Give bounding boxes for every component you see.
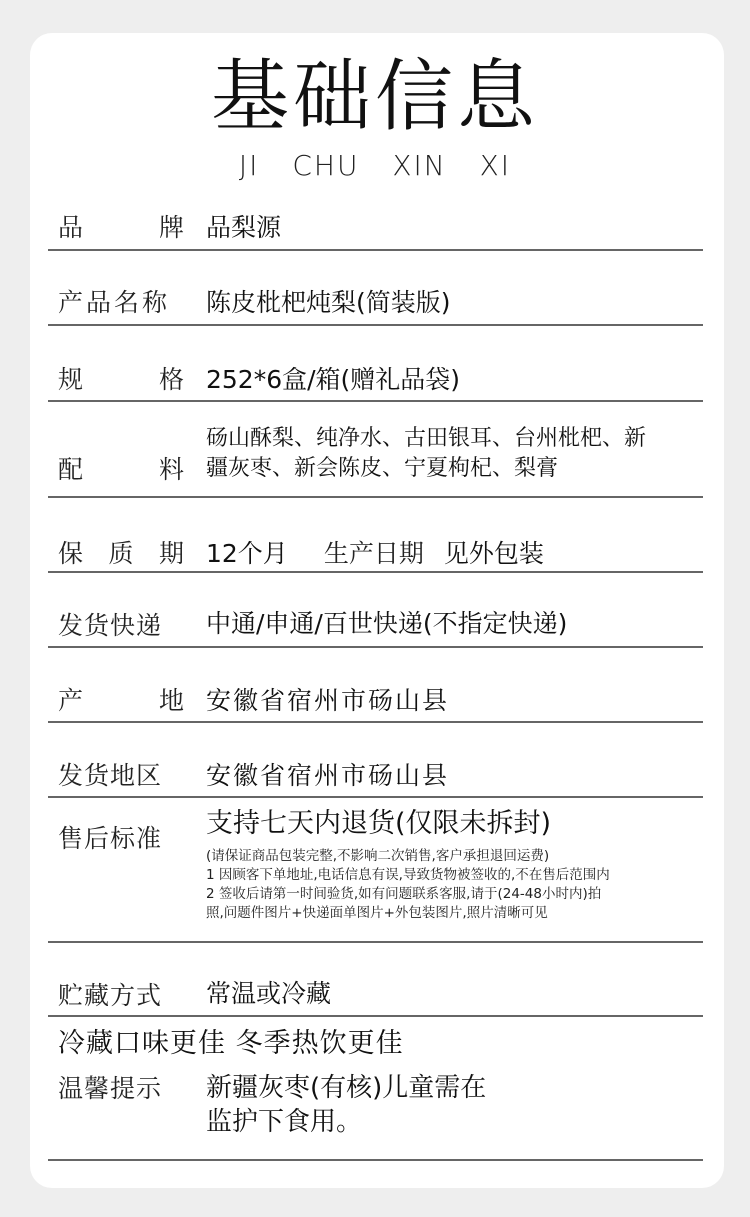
shipping-region-value: 安徽省宿州市砀山县 <box>206 760 449 792</box>
after-sales-note: 1 因顾客下单地址,电话信息有误,导致货物被签收的,不在售后范围内 <box>206 866 706 885</box>
page-title: 基础信息 <box>0 52 750 142</box>
divider <box>48 496 703 498</box>
divider <box>48 249 703 251</box>
origin-value: 安徽省宿州市砀山县 <box>206 685 449 717</box>
origin-label-left: 产 <box>58 685 83 717</box>
shipping-region-label: 发货地区 <box>58 760 184 792</box>
after-sales-note: 2 签收后请第一时间验货,如有问题联系客服,请于(24-48小时内)拍 <box>206 885 706 904</box>
after-sales-label-text: 售后标准 <box>58 823 162 855</box>
brand-label: 品 牌 <box>58 212 184 244</box>
spec-label: 规 格 <box>58 364 184 396</box>
page-subtitle: JI CHU XIN XI <box>0 148 750 184</box>
ingredients-line: 砀山酥梨、纯净水、古田银耳、台州枇杷、新 <box>206 424 706 454</box>
production-date-label: 生产日期 <box>324 539 424 568</box>
product-name-value: 陈皮枇杷炖梨(简装版) <box>206 287 451 319</box>
tip-value: 新疆灰枣(有核)儿童需在 监护下食用。 <box>206 1071 486 1139</box>
ingredients-label: 配 料 <box>58 454 184 486</box>
divider <box>48 1015 703 1017</box>
divider <box>48 941 703 943</box>
tip-line: 新疆灰枣(有核)儿童需在 <box>206 1071 486 1105</box>
after-sales-note: 照,问题件图片+快递面单图片+外包装图片,照片清晰可见 <box>206 904 706 923</box>
shelf-life-label-char: 期 <box>159 538 184 570</box>
shipping-region-label-text: 发货地区 <box>58 760 162 792</box>
ingredients-value: 砀山酥梨、纯净水、古田银耳、台州枇杷、新 疆灰枣、新会陈皮、宁夏枸杞、梨膏 <box>206 424 706 484</box>
storage-value: 常温或冷藏 <box>206 978 331 1010</box>
spec-value: 252*6盒/箱(赠礼品袋) <box>206 364 460 396</box>
tip-label: 温馨提示 <box>58 1073 184 1105</box>
storage-label-text: 贮藏方式 <box>58 980 162 1012</box>
production-date-value: 见外包装 <box>444 539 544 568</box>
divider <box>48 324 703 326</box>
serving-note: 冷藏口味更佳 冬季热饮更佳 <box>58 1027 404 1061</box>
spec-label-right: 格 <box>159 364 184 396</box>
shelf-life-label-char: 保 <box>58 538 83 570</box>
product-name-label-text: 产品名称 <box>58 287 170 319</box>
storage-label: 贮藏方式 <box>58 980 184 1012</box>
after-sales-note: (请保证商品包装完整,不影响二次销售,客户承担退回运费) <box>206 847 706 866</box>
origin-label: 产 地 <box>58 685 184 717</box>
shelf-life-duration: 12个月 <box>206 539 288 568</box>
shipping-courier-label: 发货快递 <box>58 610 184 642</box>
after-sales-label: 售后标准 <box>58 823 184 855</box>
after-sales-value: 支持七天内退货(仅限未拆封) <box>206 806 551 842</box>
ingredients-label-right: 料 <box>159 454 184 486</box>
divider <box>48 571 703 573</box>
brand-label-right: 牌 <box>159 212 184 244</box>
brand-value: 品梨源 <box>206 212 281 244</box>
shipping-courier-label-text: 发货快递 <box>58 610 162 642</box>
tip-label-text: 温馨提示 <box>58 1073 162 1105</box>
ingredients-line: 疆灰枣、新会陈皮、宁夏枸杞、梨膏 <box>206 454 706 484</box>
shelf-life-label-char: 质 <box>108 538 133 570</box>
origin-label-right: 地 <box>159 685 184 717</box>
divider <box>48 646 703 648</box>
spec-label-left: 规 <box>58 364 83 396</box>
product-name-label: 产品名称 <box>58 287 184 319</box>
tip-line: 监护下食用。 <box>206 1105 486 1139</box>
brand-label-left: 品 <box>58 212 83 244</box>
shelf-life-value: 12个月生产日期见外包装 <box>206 538 544 570</box>
shelf-life-label: 保 质 期 <box>58 538 184 570</box>
shipping-courier-value: 中通/申通/百世快递(不指定快递) <box>206 608 567 640</box>
divider <box>48 400 703 402</box>
after-sales-notes: (请保证商品包装完整,不影响二次销售,客户承担退回运费) 1 因顾客下单地址,电… <box>206 847 706 923</box>
divider <box>48 796 703 798</box>
ingredients-label-left: 配 <box>58 454 83 486</box>
divider <box>48 1159 703 1161</box>
divider <box>48 721 703 723</box>
